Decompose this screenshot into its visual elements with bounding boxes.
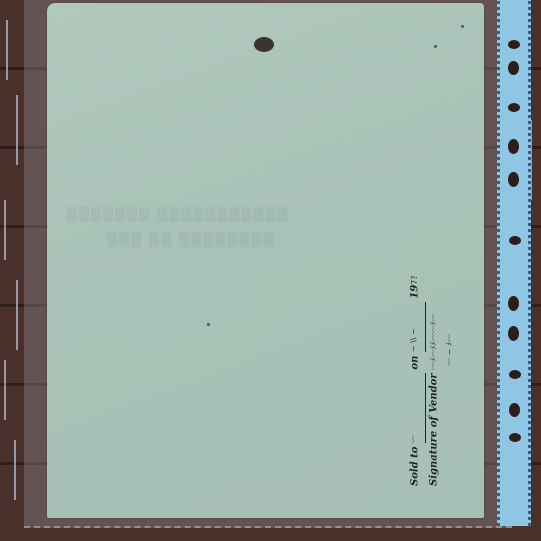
paper-speck (434, 45, 437, 48)
faded-bleed-text: ▒▒▒▒▒▒▒ ▒▒▒▒▒▒▒▒▒▒▒ (67, 208, 289, 223)
binder-hole (508, 40, 520, 49)
year-label: 19 (409, 285, 420, 299)
faded-bleed-text: ▒▒▒ ▒▒ ▒▒▒▒▒▒▒▒ (107, 233, 275, 248)
wood-slat-highlight (4, 360, 6, 420)
binder-hole (508, 139, 519, 154)
signature-handwriting: 〰ﾒ〰ﾒﾒ〰〰ﾒ〰 (429, 314, 438, 370)
binder-hole (509, 370, 521, 379)
binder-hole (509, 433, 521, 442)
binder-hole (509, 236, 521, 245)
sale-record-form: Sold to 〰 on ~ \\ ~ 197? Signature of Ve… (404, 256, 455, 486)
punch-hole (254, 37, 274, 52)
sold-to-line: Sold to 〰 on ~ \\ ~ 197? (404, 256, 424, 486)
signature-label: Signature of Vendor (429, 373, 440, 486)
sold-to-label: Sold to (409, 447, 420, 486)
binder-hole (508, 326, 519, 341)
sleeve-binding-strip (497, 0, 531, 526)
on-label: on (409, 356, 420, 370)
year-handwriting: 7? (410, 275, 419, 284)
binder-hole (508, 172, 519, 187)
wood-slat-highlight (14, 440, 16, 500)
wood-slat-highlight (16, 95, 18, 165)
sold-to-field: 〰 (404, 373, 426, 443)
binder-hole (508, 103, 520, 112)
sold-to-handwriting: 〰 (409, 435, 418, 443)
wood-slat-highlight (16, 280, 18, 350)
signature-line: Signature of Vendor 〰ﾒ〰ﾒﾒ〰〰ﾒ〰 (424, 256, 444, 486)
binder-hole (508, 296, 519, 311)
wood-slat-highlight (4, 200, 6, 260)
paper-speck (207, 323, 210, 326)
wood-slat-highlight (6, 20, 8, 80)
signature-extra-handwriting: 〰 ~ ﾒ〰 (444, 256, 455, 366)
paper-speck (461, 25, 464, 28)
binder-hole (508, 61, 519, 75)
date-field: ~ \\ ~ (404, 302, 426, 352)
binder-hole (509, 403, 520, 417)
date-handwriting: ~ \\ ~ (409, 328, 418, 352)
